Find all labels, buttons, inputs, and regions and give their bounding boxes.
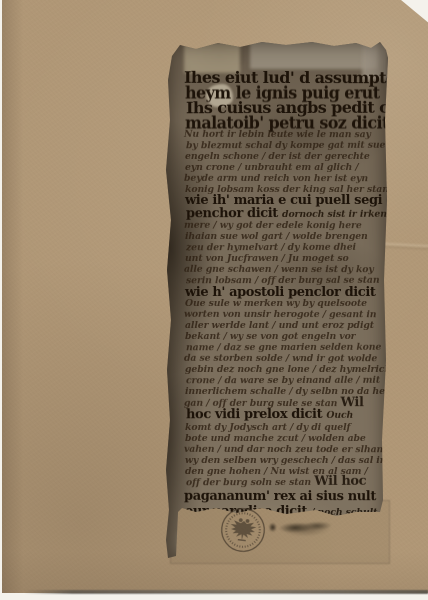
manuscript-text-segment: alle gne schawen / wenn se ist dy koy [184, 264, 374, 275]
manuscript-text-segment: mere / wy got der edele konig here [184, 220, 362, 231]
manuscript-text-segment: bekant / wy se von got engeln vor [185, 331, 355, 342]
manuscript-text-segment: vahen / und dar noch zeu tode er slhan [184, 444, 383, 455]
parchment-fragment: Ihes eiut lud' d assumptoeheym le ignis … [166, 40, 388, 560]
manuscript-text-segment: aller werlde lant / und unt eroz pdigt [185, 320, 374, 331]
manuscript-text-segment: Ouch [326, 410, 353, 421]
manuscript-text-segment: da se storben solde / wnd ir got wolde [184, 353, 377, 364]
repair-patch-right [250, 40, 378, 69]
manuscript-text-segment: pagananum' rex ai sius nult [184, 489, 376, 504]
manuscript-text-segment: hoc vidi prelox dicit [186, 407, 326, 422]
manuscript-line: pagananum' rex ai sius nult [184, 489, 382, 504]
library-stamp-icon [216, 503, 269, 556]
manuscript-text-segment: by blezmut schal dy kompe gat mit sue [186, 140, 385, 152]
manuscript-text-segment: wy den selben wry geschech / das sal ir [185, 455, 385, 466]
manuscript-text-segment: Wil [340, 395, 363, 410]
manuscript-text-block: Ihes eiut lud' d assumptoeheym le ignis … [185, 70, 383, 530]
manuscript-text-segment: engeln schone / der ist der gerechte [185, 151, 370, 162]
manuscript-text-segment: gebin dez noch gne lone / dez hymelrich [185, 364, 391, 375]
manuscript-line: wy den selben wry geschech / das sal ir [185, 456, 383, 467]
manuscript-text-segment: name / daz se gne marien selden kone [186, 342, 381, 354]
manuscript-text-segment: bote und manche zcut / wolden abe [185, 433, 366, 444]
manuscript-text-segment: beyde arm und reich von her ist eyn [184, 172, 368, 183]
manuscript-text-segment: zeu der hymelvart / dy kome dhei [186, 242, 356, 253]
manuscript-text-segment: ihaian sue wol gart / wolde brengen [185, 231, 368, 242]
manuscript-line: off der burg soln se stan Wil hoc [186, 477, 384, 489]
manuscript-text-segment: dornoch sist ir irken [282, 209, 387, 220]
manuscript-text-segment: Oue sule w merken wy by quelsoote [185, 298, 367, 309]
shelfmark-smudge [269, 516, 332, 539]
manuscript-text-segment: komt dy Jodysch art / dy di quelf [185, 422, 350, 433]
manuscript-text-segment: unt von Jucfrawen / Ju moget so [185, 253, 349, 264]
manuscript-text-segment: eyn crone / unbrauht em al glich / [185, 162, 359, 173]
manuscript-text-segment: crone / da ware se by einand alle / mit [186, 374, 380, 386]
kraft-paper-sheet: Ihes eiut lud' d assumptoeheym le ignis … [2, 0, 428, 593]
manuscript-text-segment: off der burg soln se stan [186, 477, 314, 488]
paper-bottom-edge-shadow [24, 590, 428, 594]
manuscript-text-segment: worten von unsir herogote / gesant in [184, 309, 376, 320]
manuscript-text-segment: Wil hoc [314, 474, 366, 489]
manuscript-text-segment: Nu hort ir lebin leute wie le man say [184, 129, 371, 140]
manuscript-photo: Ihes eiut lud' d assumptoeheym le ignis … [0, 0, 428, 600]
